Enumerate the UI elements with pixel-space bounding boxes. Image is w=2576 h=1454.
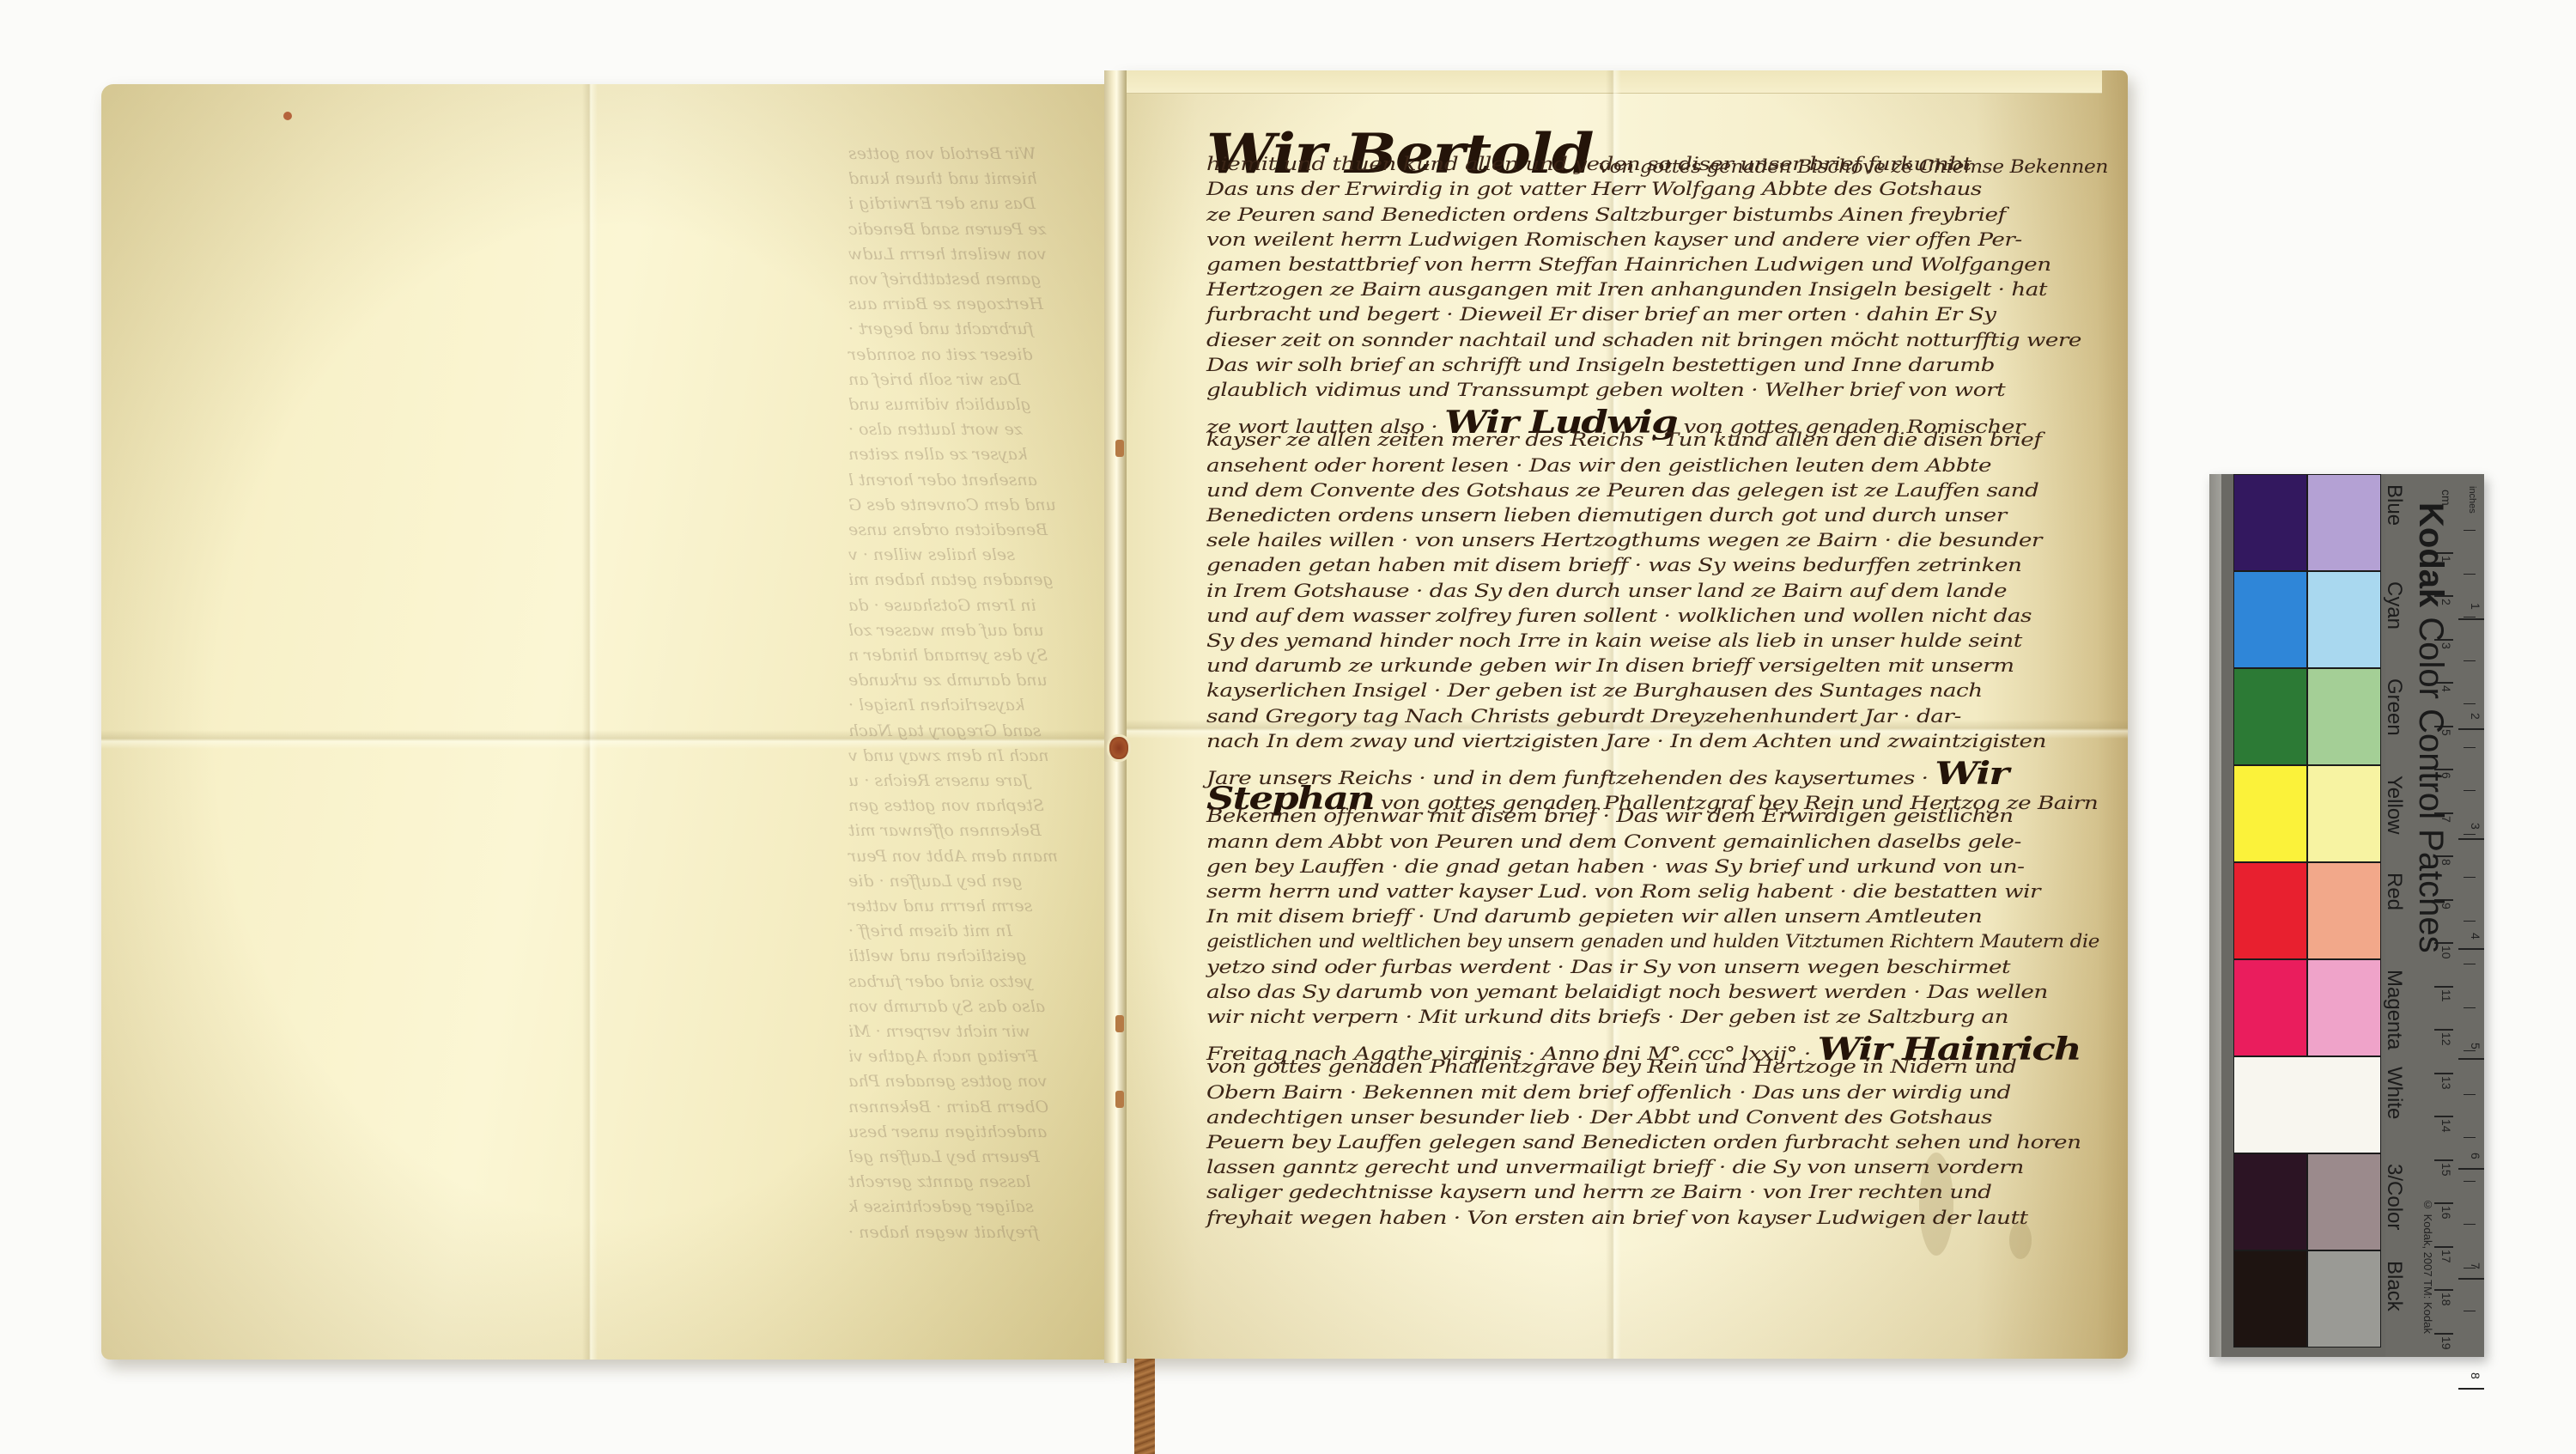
inch-tick-label: 6 xyxy=(2469,1153,2482,1159)
cm-tick xyxy=(2434,1116,2453,1117)
patch-red-dark xyxy=(2233,862,2307,959)
patch-label: Cyan xyxy=(2380,581,2406,630)
mirrored-ghost-line: von weilent herrn Ludw xyxy=(848,245,1046,264)
mirrored-ghost-line: Das wir solh brief an xyxy=(848,370,1021,389)
mirrored-ghost-line: mann dem Abbt von Peur xyxy=(848,847,1058,866)
mirrored-ghost-line: In mit disem brieff · xyxy=(848,922,1012,940)
manuscript-line: gamen bestattbrief von herrn Steffan Hai… xyxy=(1206,254,2051,275)
mirrored-ghost-line: Das uns der Erwirdig i xyxy=(848,194,1036,213)
manuscript-line: kayser ze allen zeiten merer des Reichs … xyxy=(1206,429,2042,450)
line-text: Bekennen offenwar mit disem brief · Das … xyxy=(1206,806,2014,826)
line-text: freyhait wegen haben · Von ersten ain br… xyxy=(1206,1208,2028,1228)
mirrored-ghost-line: Bekennen offenwar mit xyxy=(848,821,1042,840)
manuscript-line: serm herrn und vatter kayser Lud. von Ro… xyxy=(1206,881,2040,902)
line-text: furbracht und begert · Dieweil Er diser … xyxy=(1206,304,1996,325)
manuscript-line: sand Gregory tag Nach Christs geburdt Dr… xyxy=(1206,706,1961,727)
manuscript-line: dieser zeit on sonnder nachtail und scha… xyxy=(1206,330,2081,350)
minor-tick xyxy=(2464,1050,2476,1051)
binding-stitch xyxy=(1115,1015,1124,1032)
line-text: Hertzogen ze Bairn ausgangen mit Iren an… xyxy=(1206,279,2047,300)
inch-tick xyxy=(2458,1168,2484,1170)
inch-tick xyxy=(2458,1388,2484,1390)
minor-tick xyxy=(2464,834,2476,835)
line-text: Sy des yemand hinder noch Irre in kain w… xyxy=(1206,630,2022,651)
line-text: in Irem Gotshause · das Sy den durch uns… xyxy=(1206,581,2007,601)
line-text: yetzo sind oder furbas werdent · Das ir … xyxy=(1206,957,2010,977)
manuscript-line: und auf dem wasser zolfrey furen sollent… xyxy=(1206,605,2032,626)
manuscript-line: furbracht und begert · Dieweil Er diser … xyxy=(1206,304,1996,325)
manuscript-line: Bekennen offenwar mit disem brief · Das … xyxy=(1206,806,2014,826)
patch-label: Red xyxy=(2380,873,2406,910)
mirrored-ghost-line: gen bey Lauffen · die xyxy=(848,872,1023,891)
strip-edge xyxy=(2209,474,2221,1357)
cm-tick-label: 13 xyxy=(2439,1076,2453,1090)
manuscript-line: glaublich vidimus und Transsumpt geben w… xyxy=(1206,380,2005,400)
inch-tick-label: 7 xyxy=(2469,1262,2482,1269)
line-text: gen bey Lauffen · die gnad getan haben ·… xyxy=(1206,856,2024,877)
mirrored-ghost-line: Wir Bertold von gottes xyxy=(848,144,1036,163)
line-text: Obern Bairn · Bekennen mit dem brief off… xyxy=(1206,1082,2011,1103)
mirrored-ghost-line: von gottes genaden Pha xyxy=(848,1072,1047,1091)
patch-black-light xyxy=(2307,1250,2381,1348)
manuscript-line: Peuern bey Lauffen gelegen sand Benedict… xyxy=(1206,1132,2081,1153)
mirrored-ghost-line: und auf dem wasser zol xyxy=(848,621,1044,640)
mirrored-ghost-line: ansehent oder horent l xyxy=(848,471,1037,490)
manuscript-line: sele hailes willen · von unsers Hertzogt… xyxy=(1206,530,2042,551)
manuscript-line: lassen ganntz gerecht und unvermailigt b… xyxy=(1206,1157,2024,1177)
patch-label: Black xyxy=(2380,1261,2406,1311)
manuscript-line: mann dem Abbt von Peuren und dem Convent… xyxy=(1206,831,2021,852)
line-text: sele hailes willen · von unsers Hertzogt… xyxy=(1206,530,2042,551)
inch-tick xyxy=(2458,948,2484,950)
patch-3-color-dark xyxy=(2233,1153,2307,1250)
inch-tick xyxy=(2458,1278,2484,1280)
mirrored-ghost-line: sand Gregory tag Nach xyxy=(848,721,1041,740)
kodak-logo-text: Kodak xyxy=(2412,502,2450,607)
kodak-copyright: © Kodak, 2007 TM: Kodak xyxy=(2421,1198,2434,1334)
patch-label: Blue xyxy=(2380,484,2406,526)
manuscript-line: Sy des yemand hinder noch Irre in kain w… xyxy=(1206,630,2022,651)
patch-green-light xyxy=(2307,668,2381,765)
line-text: genaden getan haben mit disem brieff · w… xyxy=(1206,555,2021,575)
minor-tick xyxy=(2464,703,2476,704)
manuscript-line: In mit disem brieff · Und darumb gepiete… xyxy=(1206,906,1982,927)
mirrored-ghost-line: hiemit und thuen kund xyxy=(848,169,1037,188)
inch-tick xyxy=(2458,728,2484,730)
mirrored-ghost-line: ze Peuren sand Benedic xyxy=(848,220,1046,239)
manuscript-line: ze Peuren sand Benedicten ordens Saltzbu… xyxy=(1206,204,2006,225)
line-text: dieser zeit on sonnder nachtail und scha… xyxy=(1206,330,2081,350)
cm-tick-label: 12 xyxy=(2439,1032,2453,1046)
manuscript-line: und darumb ze urkunde geben wir In disen… xyxy=(1206,655,2014,676)
patch-blue-light xyxy=(2307,474,2381,571)
mirrored-ghost-line: Jare unsers Reichs · u xyxy=(848,771,1029,790)
minor-tick xyxy=(2464,1007,2476,1008)
minor-tick xyxy=(2464,1224,2476,1225)
mirrored-ghost-line: in Irem Gotshause · da xyxy=(848,596,1036,615)
minor-tick xyxy=(2464,790,2476,791)
manuscript-line: also das Sy darumb von yemant belaidigt … xyxy=(1206,982,2048,1002)
manuscript-line: geistlichen und weltlichen bey unsern ge… xyxy=(1206,931,2099,952)
line-text: Benedicten ordens unsern lieben diemutig… xyxy=(1206,505,2007,526)
patch-yellow-dark xyxy=(2233,765,2307,862)
cm-tick xyxy=(2434,1246,2453,1248)
cm-tick xyxy=(2434,1202,2453,1204)
seal-cord-hole xyxy=(1109,737,1128,759)
inch-tick xyxy=(2458,1058,2484,1060)
kodak-title-text: Color Control Patches xyxy=(2412,617,2450,952)
mirrored-ghost-line: Freitag nach Agathe vi xyxy=(848,1047,1037,1066)
manuscript-line: Benedicten ordens unsern lieben diemutig… xyxy=(1206,505,2007,526)
mirrored-ghost-line: geistlichen und weltli xyxy=(848,946,1026,965)
line-text: ansehent oder horent lesen · Das wir den… xyxy=(1206,455,1991,476)
manuscript-line: und dem Convente des Gotshaus ze Peuren … xyxy=(1206,480,2038,501)
line-text: saliger gedechtnisse kaysern und herrn z… xyxy=(1206,1182,1991,1202)
manuscript-line: von weilent herrn Ludwigen Romischen kay… xyxy=(1206,229,2022,250)
mirrored-ghost-line: serm herrn und vatter xyxy=(848,897,1032,916)
mirrored-ghost-line: genaden getan haben mi xyxy=(848,570,1054,589)
mirrored-ghost-line: Peuern bey Lauffen gel xyxy=(848,1147,1040,1166)
mirrored-ghost-line: gamen bestattbrief von xyxy=(848,270,1041,289)
minor-tick xyxy=(2464,530,2476,531)
mirrored-ghost-line: ze wort lautten also · xyxy=(848,420,1023,439)
manuscript-line: nach In dem zway und viertzigisten Jare … xyxy=(1206,731,2046,751)
patch-black-dark xyxy=(2233,1250,2307,1348)
mirrored-ghost-line: Benedicten ordens unse xyxy=(848,520,1048,539)
foxing-spot xyxy=(283,112,292,120)
line-text: und auf dem wasser zolfrey furen sollent… xyxy=(1206,605,2032,626)
manuscript-line: von gottes genaden Phallentzgrave bey Re… xyxy=(1206,1056,2016,1077)
binding-stitch xyxy=(1115,1091,1124,1108)
binding-stitch xyxy=(1115,440,1124,457)
seal-cord xyxy=(1134,1359,1155,1454)
cm-tick-label: 15 xyxy=(2439,1163,2453,1177)
cm-tick xyxy=(2434,1333,2453,1335)
manuscript-line: gen bey Lauffen · die gnad getan haben ·… xyxy=(1206,856,2024,877)
line-text: kayser ze allen zeiten merer des Reichs … xyxy=(1206,429,2042,450)
inch-tick-label: 4 xyxy=(2469,933,2482,940)
manuscript-line: hiemit und thuen kund allen und yeden so… xyxy=(1206,154,1971,174)
line-text: Das wir solh brief an schrifft und Insig… xyxy=(1206,355,1995,375)
minor-tick xyxy=(2464,660,2476,661)
patch-red-light xyxy=(2307,862,2381,959)
patch-blue-dark xyxy=(2233,474,2307,571)
minor-tick xyxy=(2464,1094,2476,1095)
manuscript-line: Das wir solh brief an schrifft und Insig… xyxy=(1206,355,1995,375)
patch-magenta-light xyxy=(2307,959,2381,1056)
mirrored-ghost-line: wir nicht verpern · Mi xyxy=(848,1022,1030,1041)
line-text: gamen bestattbrief von herrn Steffan Hai… xyxy=(1206,254,2051,275)
line-text: glaublich vidimus und Transsumpt geben w… xyxy=(1206,380,2005,400)
minor-tick xyxy=(2464,1311,2476,1311)
patch-magenta-dark xyxy=(2233,959,2307,1056)
mirrored-ghost-line: andechtigen unser besu xyxy=(848,1122,1047,1141)
patch-label: White xyxy=(2380,1067,2406,1119)
manuscript-line: in Irem Gotshause · das Sy den durch uns… xyxy=(1206,581,2007,601)
mirrored-ghost-line: yetzo sind oder furbas xyxy=(848,972,1033,991)
manuscript-line: andechtigen unser besunder lieb · Der Ab… xyxy=(1206,1107,1992,1128)
cm-tick-label: 16 xyxy=(2439,1206,2453,1220)
manuscript-line: Obern Bairn · Bekennen mit dem brief off… xyxy=(1206,1082,2011,1103)
line-text: sand Gregory tag Nach Christs geburdt Dr… xyxy=(1206,706,1961,727)
line-text: also das Sy darumb von yemant belaidigt … xyxy=(1206,982,2048,1002)
mirrored-ghost-line: und dem Convente des G xyxy=(848,496,1056,514)
mirrored-ghost-line: Stephan von gottes gen xyxy=(848,796,1044,815)
mirrored-ghost-line: dieser zeit on sonnder xyxy=(848,345,1032,364)
patch-green-dark xyxy=(2233,668,2307,765)
manuscript-line: ansehent oder horent lesen · Das wir den… xyxy=(1206,455,1991,476)
unit-inches-label: inches xyxy=(2467,486,2477,514)
inch-tick xyxy=(2458,838,2484,840)
mirrored-ghost-line: saliger gedechtnisse k xyxy=(848,1197,1034,1216)
line-text: hiemit und thuen kund allen und yeden so… xyxy=(1206,154,1971,174)
inch-tick-label: 5 xyxy=(2469,1043,2482,1049)
patch-3-color-light xyxy=(2307,1153,2381,1250)
patch-yellow-light xyxy=(2307,765,2381,862)
mirrored-ghost-line: und darumb ze urkunde xyxy=(848,671,1048,690)
patch-label: Magenta xyxy=(2380,970,2406,1049)
line-text: andechtigen unser besunder lieb · Der Ab… xyxy=(1206,1107,1992,1128)
line-text: von gottes genaden Phallentzgrave bey Re… xyxy=(1206,1056,2016,1077)
cm-tick xyxy=(2434,1159,2453,1161)
patch-white xyxy=(2233,1056,2381,1153)
mirrored-ghost-line: also das Sy darumb von xyxy=(848,997,1045,1016)
mirrored-ghost-line: kayser ze allen zeiten xyxy=(848,445,1027,464)
cm-tick xyxy=(2434,1029,2453,1031)
spine-gutter xyxy=(1104,70,1127,1363)
mirrored-ghost-line: lassen ganntz gerecht xyxy=(848,1172,1030,1191)
line-text: und darumb ze urkunde geben wir In disen… xyxy=(1206,655,2014,676)
mirrored-ghost-line: Sy des yemand hinder n xyxy=(848,646,1048,665)
cm-tick xyxy=(2434,1073,2453,1074)
manuscript-line: yetzo sind oder furbas werdent · Das ir … xyxy=(1206,957,2010,977)
minor-tick xyxy=(2464,1137,2476,1138)
manuscript-line: saliger gedechtnisse kaysern und herrn z… xyxy=(1206,1182,1991,1202)
cm-tick-label: 14 xyxy=(2439,1119,2453,1133)
minor-tick xyxy=(2464,1181,2476,1182)
inch-tick-label: 8 xyxy=(2469,1372,2482,1379)
inch-tick xyxy=(2458,618,2484,620)
line-text: von weilent herrn Ludwigen Romischen kay… xyxy=(1206,229,2022,250)
line-text: Das uns der Erwirdig in got vatter Herr … xyxy=(1206,179,1982,199)
mirrored-ghost-line: nach In dem zway und v xyxy=(848,746,1049,765)
patch-cyan-light xyxy=(2307,571,2381,668)
line-text: nach In dem zway und viertzigisten Jare … xyxy=(1206,731,2046,751)
minor-tick xyxy=(2464,747,2476,748)
manuscript-line: wir nicht verpern · Mit urkund dits brie… xyxy=(1206,1007,2008,1027)
cm-tick-label: 19 xyxy=(2439,1336,2453,1350)
line-text: ze Peuren sand Benedicten ordens Saltzbu… xyxy=(1206,204,2006,225)
manuscript-line: freyhait wegen haben · Von ersten ain br… xyxy=(1206,1208,2028,1228)
minor-tick xyxy=(2464,574,2476,575)
mirrored-ghost-line: Obern Bairn · Bekennen xyxy=(848,1098,1048,1116)
cm-tick-label: 11 xyxy=(2439,989,2453,1002)
line-text: wir nicht verpern · Mit urkund dits brie… xyxy=(1206,1007,2008,1027)
kodak-brand-title: Kodak Color Control Patches xyxy=(2411,502,2450,953)
cm-tick-label: 18 xyxy=(2439,1293,2453,1306)
left-page-verso: Wir Bertold von gotteshiemit und thuen k… xyxy=(101,84,1115,1360)
manuscript-line: kayserlichen Insigel · Der geben ist ze … xyxy=(1206,680,1983,701)
mirrored-ghost-line: furbracht und begert · xyxy=(848,319,1034,338)
line-text: geistlichen und weltlichen bey unsern ge… xyxy=(1206,931,2099,952)
line-text: serm herrn und vatter kayser Lud. von Ro… xyxy=(1206,881,2040,902)
inch-tick-label: 1 xyxy=(2469,603,2482,610)
manuscript-line: Hertzogen ze Bairn ausgangen mit Iren an… xyxy=(1206,279,2047,300)
mirrored-ghost-line: sele hailes willen · v xyxy=(848,545,1015,564)
cm-tick xyxy=(2434,986,2453,988)
minor-tick xyxy=(2464,877,2476,878)
vertical-fold-crease xyxy=(582,84,598,1360)
archival-photograph: Wir Bertold von gotteshiemit und thuen k… xyxy=(0,0,2576,1454)
line-text: und dem Convente des Gotshaus ze Peuren … xyxy=(1206,480,2038,501)
line-text: mann dem Abbt von Peuren und dem Convent… xyxy=(1206,831,2021,852)
mirrored-ghost-line: Hertzogen ze Bairn aus xyxy=(848,295,1043,313)
cm-tick-label: 17 xyxy=(2439,1250,2453,1263)
mirrored-ghost-line: kayserlichen Insigel · xyxy=(848,696,1024,715)
patch-cyan-dark xyxy=(2233,571,2307,668)
minor-tick xyxy=(2464,964,2476,964)
line-text: In mit disem brieff · Und darumb gepiete… xyxy=(1206,906,1982,927)
line-text: lassen ganntz gerecht und unvermailigt b… xyxy=(1206,1157,2024,1177)
mirrored-ghost-line: freyhait wegen haben · xyxy=(848,1223,1039,1242)
patch-label: Green xyxy=(2380,678,2406,736)
manuscript-line: Das uns der Erwirdig in got vatter Herr … xyxy=(1206,179,1982,199)
inch-tick-label: 3 xyxy=(2469,823,2482,830)
line-text: kayserlichen Insigel · Der geben ist ze … xyxy=(1206,680,1983,701)
inch-tick-label: 2 xyxy=(2469,713,2482,720)
mirrored-ghost-line: glaublich vidimus und xyxy=(848,395,1031,414)
patch-label: 3/Color xyxy=(2380,1164,2406,1230)
manuscript-line: genaden getan haben mit disem brieff · w… xyxy=(1206,555,2021,575)
cm-tick xyxy=(2434,1289,2453,1291)
minor-tick xyxy=(2464,921,2476,922)
line-text: Peuern bey Lauffen gelegen sand Benedict… xyxy=(1206,1132,2081,1153)
patch-label: Yellow xyxy=(2380,776,2406,835)
